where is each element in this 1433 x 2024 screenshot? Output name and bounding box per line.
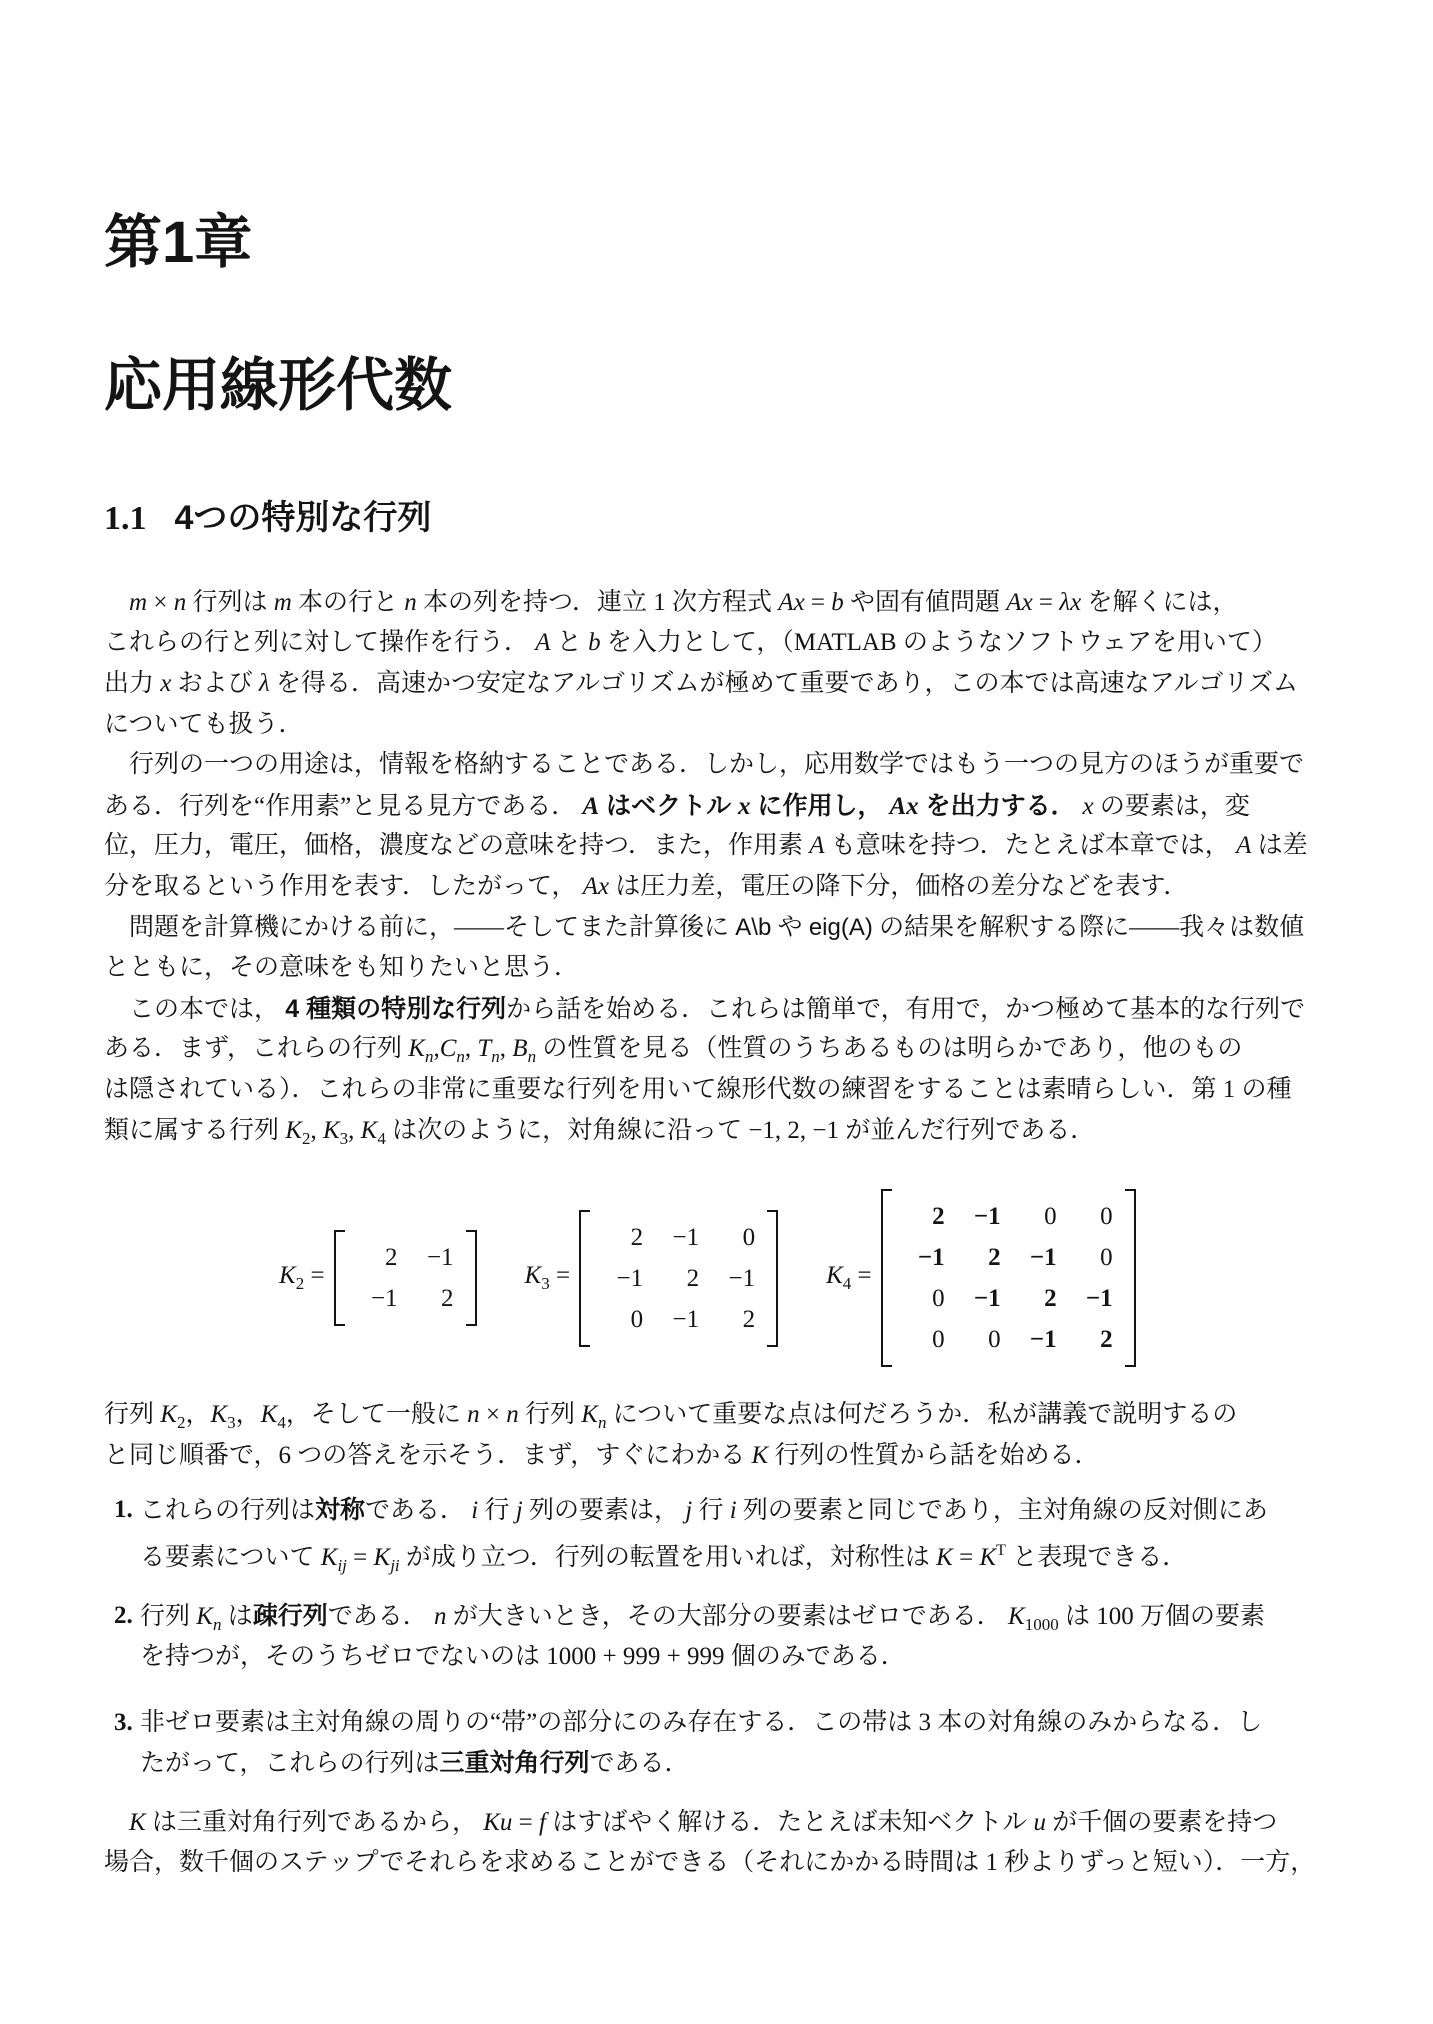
text-line: 行列 K2，K3，K4，そして一般に n × n 行列 Kn について重要な点は… (104, 1395, 1345, 1436)
text-segment: x (738, 793, 751, 820)
text-segment: 非ゼロ要素は主対角線の周りの“帯”の部分にのみ存在する．この帯は 3 本の対角線… (140, 1709, 1262, 1736)
text-segment: n (174, 589, 187, 616)
text-segment: 行列 (104, 1401, 160, 1428)
text-segment: ， (185, 1401, 210, 1428)
text-segment: ij (337, 1556, 346, 1575)
matrix-entry: 0 (1072, 1196, 1113, 1237)
chapter-title: 応用線形代数 (104, 356, 1345, 417)
text-segment: ある．まず，これらの行列 (104, 1035, 408, 1062)
text-segment: n (456, 1047, 465, 1066)
matrix-entry: 0 (1016, 1196, 1057, 1237)
text-line: を持つが，そのうちゼロでないのは 1000 + 999 + 999 個のみである… (140, 1637, 1345, 1678)
text-segment: に作用し， (751, 792, 890, 820)
matrix-entry: 0 (602, 1299, 643, 1340)
text-line: る要素について Kij = Kji が成り立つ．行列の転置を用いれば，対称性は … (140, 1531, 1345, 1572)
text-segment: る要素について (140, 1544, 321, 1571)
matrix-entry: 2 (904, 1196, 945, 1237)
list-item-symmetric: 1. これらの行列は対称である． i 行 j 列の要素は， j 行 i 列の要素… (104, 1490, 1345, 1571)
text-segment: も意味を持つ．たとえば本章では， (825, 832, 1237, 859)
right-bracket (466, 1230, 477, 1326)
text-segment: A\b (735, 914, 771, 941)
paragraph-computation: 問題を計算機にかける前に，——そしてまた計算後に A\b や eig(A) の結… (104, 908, 1345, 989)
text-segment: , (465, 1035, 478, 1062)
matrix-entry: −1 (960, 1278, 1001, 1319)
text-segment: n (467, 1401, 480, 1428)
matrix-entry: 2 (413, 1278, 454, 1319)
matrix-entry: 0 (960, 1319, 1001, 1360)
chapter-number: 第1章 (104, 213, 1345, 274)
text-line: 分を取るという作用を表す．したがって， Ax は圧力差，電圧の降下分，価格の差分… (104, 867, 1345, 908)
text-segment: x (1083, 793, 1094, 820)
text-line: 出力 x および λ を得る．高速かつ安定なアルゴリズムが極めて重要であり，この… (104, 664, 1345, 705)
text-segment: はベクトル (599, 792, 738, 820)
text-segment: × (147, 589, 174, 616)
text-segment: Ax (583, 873, 609, 900)
section-heading: 1.14つの特別な行列 (104, 498, 1345, 539)
text-segment: 行 (478, 1497, 516, 1524)
text-segment: 4 種類の特別な行列 (285, 995, 506, 1023)
text-segment: 三重対角行列 (440, 1749, 590, 1777)
text-segment: i (730, 1497, 737, 1524)
text-segment: = (347, 1544, 374, 1571)
text-segment: の結果を解釈する際に——我々は数値 (873, 914, 1304, 941)
text-segment: 4 (377, 1129, 386, 1148)
text-segment: T (477, 1035, 491, 1062)
left-bracket (579, 1210, 590, 1347)
text-segment: K (129, 1809, 146, 1836)
text-segment: と同じ順番で，6 つの答えを示そう．まず，すぐにわかる (104, 1442, 752, 1469)
matrix-entry: −1 (413, 1237, 454, 1278)
text-segment: 本の行と (292, 589, 405, 616)
text-segment: から話を始める．これらは簡単で，有用で，かつ極めて基本的な行列で (506, 996, 1305, 1023)
text-segment: K (408, 1035, 425, 1062)
text-segment: K (361, 1117, 378, 1144)
text-segment: n (404, 589, 417, 616)
text-segment: n (506, 1401, 519, 1428)
text-segment: 位，圧力，電圧，価格，濃度などの意味を持つ．また，作用素 (104, 832, 809, 859)
matrix-entry: −1 (1072, 1278, 1113, 1319)
text-line: 場合，数千個のステップでそれらを求めることができる（それにかかる時間は 1 秒よ… (104, 1843, 1345, 1884)
text-segment: 4 (277, 1413, 286, 1432)
matrix-entry: 2 (1016, 1278, 1057, 1319)
text-segment: Ku (483, 1809, 512, 1836)
text-line: 行列 Kn は疎行列である． n が大きいとき，その大部分の要素はゼロである． … (140, 1596, 1345, 1637)
text-segment: b (831, 589, 844, 616)
text-segment: 類に属する行列 (104, 1117, 285, 1144)
text-segment: は圧力差，電圧の降下分，価格の差分などを表す． (609, 873, 1188, 900)
paragraph-questions: 行列 K2，K3，K4，そして一般に n × n 行列 Kn について重要な点は… (104, 1395, 1345, 1476)
right-bracket (1125, 1189, 1136, 1367)
text-segment: 列の要素は， (523, 1497, 686, 1524)
text-segment: は次のように，対角線に沿って −1, 2, −1 が並んだ行列である． (386, 1117, 1095, 1144)
list-item-sparse: 2. 行列 Kn は疎行列である． n が大きいとき，その大部分の要素はゼロであ… (104, 1596, 1345, 1677)
text-line: K は三重対角行列であるから， Ku = f はすばやく解ける．たとえば未知ベク… (104, 1803, 1345, 1844)
text-segment: K (321, 1544, 338, 1571)
paragraph-fast-solve: K は三重対角行列であるから， Ku = f はすばやく解ける．たとえば未知ベク… (104, 1803, 1345, 1884)
matrix-entry: −1 (904, 1237, 945, 1278)
text-segment: 行列は (186, 589, 274, 616)
text-segment: 場合，数千個のステップでそれらを求めることができる（それにかかる時間は 1 秒よ… (104, 1849, 1315, 1876)
matrix-display: K2 = 2−1−12K3 = 2−10−12−10−12K4 = 2−100−… (279, 1189, 1345, 1367)
text-segment: eig(A) (809, 914, 873, 941)
left-bracket (881, 1189, 892, 1367)
text-segment: K (261, 1401, 278, 1428)
text-segment: についても扱う． (104, 711, 304, 738)
matrix-entries: 2−1−12 (345, 1230, 466, 1326)
text-segment: A (809, 832, 824, 859)
text-segment: , (348, 1117, 361, 1144)
matrix-K2: K2 = 2−1−12 (279, 1230, 477, 1326)
text-line: たがって，これらの行列は三重対角行列である． (140, 1743, 1345, 1784)
text-segment: や固有値問題 (844, 589, 1007, 616)
text-segment: 行列の性質から話を始める． (768, 1442, 1099, 1469)
text-segment: Ax (1006, 589, 1032, 616)
text-segment: を解くには， (1081, 589, 1237, 616)
text-segment: ，そして一般に (286, 1401, 467, 1428)
text-line: これらの行列は対称である． i 行 j 列の要素は， j 行 i 列の要素と同じ… (140, 1490, 1345, 1531)
text-segment: m (129, 589, 147, 616)
text-segment: および (171, 670, 259, 697)
text-segment: λx (1059, 589, 1081, 616)
text-segment: が成り立つ．行列の転置を用いれば，対称性は (400, 1544, 937, 1571)
paragraph-four-matrices: この本では， 4 種類の特別な行列から話を始める．これらは簡単で，有用で，かつ極… (104, 989, 1345, 1151)
text-segment: 列の要素と同じであり，主対角線の反対側にあ (737, 1497, 1268, 1524)
matrix-entry: −1 (602, 1258, 643, 1299)
list-item-number: 1. (114, 1490, 133, 1531)
text-line: ある．まず，これらの行列 Kn,Cn, Tn, Bn の性質を見る（性質のうちあ… (104, 1029, 1345, 1070)
text-segment: b (588, 629, 601, 656)
matrix-label: K4 = (826, 1262, 872, 1294)
text-segment: K (752, 1442, 769, 1469)
matrix-entries: 2−100−12−100−12−100−12 (892, 1189, 1125, 1367)
text-segment: Ax (889, 793, 918, 820)
text-line: m × n 行列は m 本の行と n 本の列を持つ．連立 1 次方程式 Ax =… (104, 583, 1345, 624)
textbook-page: 第1章 応用線形代数 1.14つの特別な行列 m × n 行列は m 本の行と … (0, 0, 1433, 2024)
text-segment: A (535, 629, 550, 656)
text-line: 位，圧力，電圧，価格，濃度などの意味を持つ．また，作用素 A も意味を持つ．たと… (104, 826, 1345, 867)
text-segment: K (581, 1401, 598, 1428)
right-bracket (767, 1210, 778, 1347)
text-segment: × (480, 1401, 507, 1428)
text-segment: は 100 万個の要素 (1059, 1603, 1265, 1630)
property-list: 1. これらの行列は対称である． i 行 j 列の要素は， j 行 i 列の要素… (104, 1490, 1345, 1784)
text-segment: は三重対角行列であるから， (146, 1809, 484, 1836)
matrix-entry: 0 (1072, 1237, 1113, 1278)
text-segment: m (274, 589, 292, 616)
text-segment: C (440, 1035, 457, 1062)
text-segment: n (528, 1047, 537, 1066)
text-segment: を得る．高速かつ安定なアルゴリズムが極めて重要であり，この本では高速なアルゴリズ… (270, 670, 1298, 697)
list-item-number: 2. (114, 1596, 133, 1637)
matrix-entry: −1 (960, 1196, 1001, 1237)
matrix-entry: 2 (602, 1217, 643, 1258)
text-segment: , (310, 1117, 323, 1144)
text-segment: について重要な点は何だろうか．私が講義で説明するの (606, 1401, 1237, 1428)
text-segment (104, 589, 129, 616)
matrix-entry: −1 (658, 1217, 699, 1258)
text-segment: ， (236, 1401, 261, 1428)
text-segment: ある．行列を“作用素”と見る見方である． (104, 793, 582, 820)
text-segment: 行列 (140, 1603, 196, 1630)
text-segment: である． (365, 1497, 471, 1524)
text-line: についても扱う． (104, 705, 1345, 746)
matrix-entries: 2−10−12−10−12 (590, 1210, 767, 1347)
text-segment: = (512, 1809, 539, 1836)
text-segment: Ax (778, 589, 804, 616)
text-segment: 行 (692, 1497, 730, 1524)
text-segment: とともに，その意味をも知りたいと思う． (104, 954, 579, 981)
section-number: 1.1 (104, 500, 147, 537)
text-segment: たがって，これらの行列は (140, 1750, 440, 1777)
text-segment: 3 (340, 1129, 349, 1148)
text-line: 問題を計算機にかける前に，——そしてまた計算後に A\b や eig(A) の結… (104, 908, 1345, 949)
text-segment: が大きいとき，その大部分の要素はゼロである． (447, 1603, 1009, 1630)
text-segment: 1000 (1025, 1615, 1059, 1634)
text-segment: n (491, 1047, 500, 1066)
text-segment: f (539, 1809, 546, 1836)
text-segment: これらの行と列に対して操作を行う． (104, 629, 535, 656)
text-segment: K (1008, 1603, 1025, 1630)
text-segment: は隠されている）．これらの非常に重要な行列を用いて線形代数の練習をすることは素晴… (104, 1076, 1292, 1103)
text-segment: を持つが，そのうちゼロでないのは 1000 + 999 + 999 個のみである… (140, 1643, 906, 1670)
text-segment: は (221, 1603, 252, 1630)
text-segment: を入力として，（MATLAB のようなソフトウェアを用いて） (601, 629, 1277, 656)
list-item-tridiagonal: 3. 非ゼロ要素は主対角線の周りの“帯”の部分にのみ存在する．この帯は 3 本の… (104, 1703, 1345, 1784)
matrix-entry: 2 (1072, 1319, 1113, 1360)
text-segment: 分を取るという作用を表す．したがって， (104, 873, 583, 900)
text-line: 行列の一つの用途は，情報を格納することである．しかし，応用数学ではもう一つの見方… (104, 745, 1345, 786)
matrix-entry: 2 (714, 1299, 755, 1340)
paragraph-operator-view: 行列の一つの用途は，情報を格納することである．しかし，応用数学ではもう一つの見方… (104, 745, 1345, 907)
text-segment: 3 (227, 1413, 236, 1432)
matrix-label: K3 = (525, 1262, 571, 1294)
text-segment: T (996, 1542, 1006, 1559)
text-segment: K (374, 1544, 391, 1571)
text-segment: の要素は，変 (1094, 793, 1250, 820)
text-segment: 本の列を持つ．連立 1 次方程式 (417, 589, 779, 616)
matrix-entry: 0 (904, 1319, 945, 1360)
paragraph-intro: m × n 行列は m 本の行と n 本の列を持つ．連立 1 次方程式 Ax =… (104, 583, 1345, 745)
text-segment: や (771, 914, 809, 941)
text-segment: 行列 (519, 1401, 582, 1428)
list-item-number: 3. (114, 1703, 133, 1744)
matrix-entry: −1 (357, 1278, 398, 1319)
text-segment: K (979, 1544, 996, 1571)
text-segment: この本では， (104, 996, 285, 1023)
text-segment: と (551, 629, 589, 656)
text-segment: = (953, 1544, 980, 1571)
text-line: これらの行と列に対して操作を行う． A と b を入力として，（MATLAB の… (104, 623, 1345, 664)
page-body: m × n 行列は m 本の行と n 本の列を持つ．連立 1 次方程式 Ax =… (104, 583, 1345, 1884)
text-segment: x (160, 670, 171, 697)
text-segment: である． (328, 1603, 434, 1630)
text-segment (104, 1809, 129, 1836)
text-segment: K (285, 1117, 302, 1144)
text-segment: これらの行列は (140, 1497, 315, 1524)
text-segment: はすばやく解ける．たとえば未知ベクトル (546, 1809, 1034, 1836)
matrix-K4: K4 = 2−100−12−100−12−100−12 (826, 1189, 1136, 1367)
list-item-text: これらの行列は対称である． i 行 j 列の要素は， j 行 i 列の要素と同じ… (140, 1490, 1345, 1571)
matrix-entry: 2 (357, 1237, 398, 1278)
text-segment: λ (259, 670, 270, 697)
text-segment: A (1236, 832, 1251, 859)
text-segment: = (1033, 589, 1060, 616)
text-line: と同じ順番で，6 つの答えを示そう．まず，すぐにわかる K 行列の性質から話を始… (104, 1436, 1345, 1477)
text-segment: A (582, 793, 599, 820)
text-line: とともに，その意味をも知りたいと思う． (104, 948, 1345, 989)
matrix-entry: 0 (714, 1217, 755, 1258)
text-segment: K (196, 1603, 213, 1630)
text-segment: K (323, 1117, 340, 1144)
text-segment: u (1033, 1809, 1046, 1836)
matrix-label: K2 = (279, 1262, 325, 1294)
text-line: ある．行列を“作用素”と見る見方である． A はベクトル x に作用し， Ax … (104, 786, 1345, 827)
text-line: は隠されている）．これらの非常に重要な行列を用いて線形代数の練習をすることは素晴… (104, 1070, 1345, 1111)
text-segment: ji (390, 1556, 399, 1575)
text-segment: j (516, 1497, 523, 1524)
text-segment: B (512, 1035, 527, 1062)
text-segment: 疎行列 (253, 1602, 328, 1630)
matrix-entry: −1 (658, 1299, 699, 1340)
text-segment: は差 (1251, 832, 1307, 859)
matrix-entry: 2 (960, 1237, 1001, 1278)
text-segment: を出力する． (919, 792, 1083, 820)
text-segment: K (936, 1544, 953, 1571)
text-segment: 対称 (315, 1496, 365, 1524)
text-segment: K (160, 1401, 177, 1428)
matrix-K3: K3 = 2−10−12−10−12 (525, 1210, 779, 1347)
text-segment: である． (590, 1750, 690, 1777)
text-segment: の性質を見る（性質のうちあるものは明らかであり，他のもの (536, 1035, 1242, 1062)
list-item-text: 非ゼロ要素は主対角線の周りの“帯”の部分にのみ存在する．この帯は 3 本の対角線… (140, 1703, 1345, 1784)
section-title: 4つの特別な行列 (175, 499, 432, 537)
text-segment: と表現できる． (1006, 1544, 1187, 1571)
text-line: 非ゼロ要素は主対角線の周りの“帯”の部分にのみ存在する．この帯は 3 本の対角線… (140, 1703, 1345, 1744)
text-line: この本では， 4 種類の特別な行列から話を始める．これらは簡単で，有用で，かつ極… (104, 989, 1345, 1030)
matrix-entry: 2 (658, 1258, 699, 1299)
text-segment: = (805, 589, 832, 616)
text-segment: , (500, 1035, 513, 1062)
text-segment: 行列の一つの用途は，情報を格納することである．しかし，応用数学ではもう一つの見方… (104, 751, 1304, 778)
list-item-text: 行列 Kn は疎行列である． n が大きいとき，その大部分の要素はゼロである． … (140, 1596, 1345, 1677)
text-segment: n (434, 1603, 447, 1630)
matrix-entry: −1 (714, 1258, 755, 1299)
left-bracket (334, 1230, 345, 1326)
matrix-entry: −1 (1016, 1237, 1057, 1278)
text-segment: 問題を計算機にかける前に，——そしてまた計算後に (104, 914, 735, 941)
matrix-entry: 0 (904, 1278, 945, 1319)
matrix-entry: −1 (1016, 1319, 1057, 1360)
text-line: 類に属する行列 K2, K3, K4 は次のように，対角線に沿って −1, 2,… (104, 1111, 1345, 1152)
text-segment: K (210, 1401, 227, 1428)
text-segment: 出力 (104, 670, 160, 697)
text-segment: が千個の要素を持つ (1046, 1809, 1277, 1836)
